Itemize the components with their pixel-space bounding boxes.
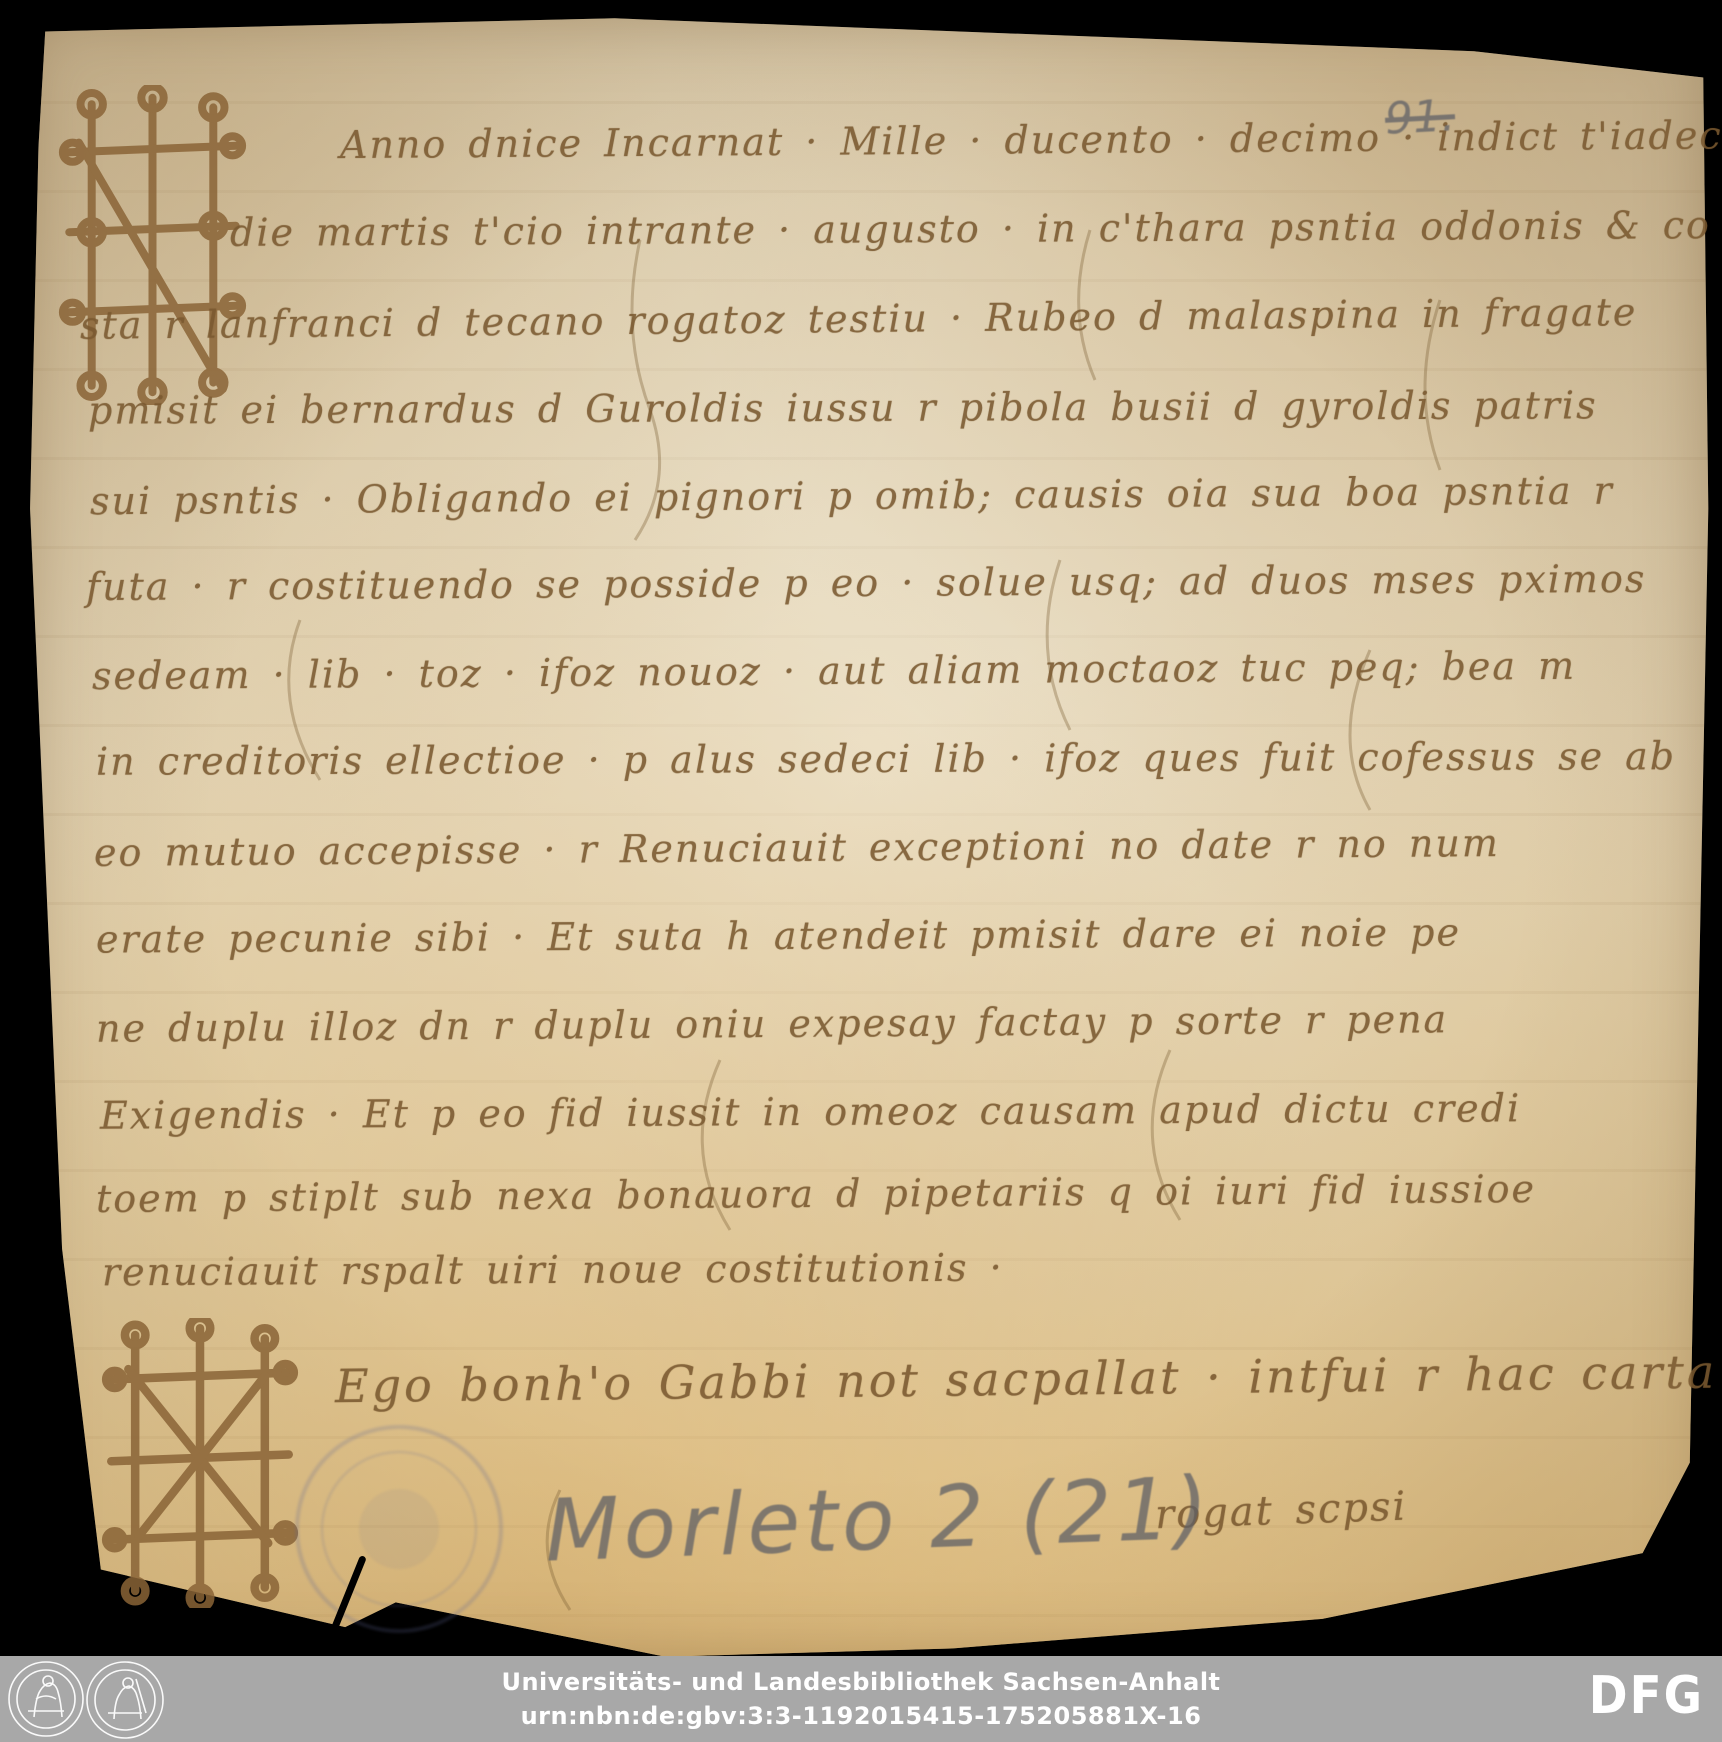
text-line: pmisit ei bernardus d Guroldis iussu r p… — [88, 383, 1598, 432]
text-line: futa · r costituendo se posside p eo · s… — [86, 557, 1647, 609]
text-line: in creditoris ellectioe · p alus sedeci … — [96, 734, 1676, 784]
text-line: renuciauit rspalt uiri noue costitutioni… — [102, 1246, 1004, 1295]
dfg-logo: DFG — [1589, 1666, 1704, 1726]
text-line: Exigendis · Et p eo fid iussit in omeoz … — [100, 1086, 1521, 1137]
text-line: die martis t'cio intrante · augusto · in… — [230, 203, 1711, 255]
pencil-note-top-right: 91. — [1384, 90, 1457, 145]
footer-attribution: Universitäts- und Landesbibliothek Sachs… — [0, 1656, 1722, 1742]
library-name: Universitäts- und Landesbibliothek Sachs… — [501, 1668, 1220, 1696]
text-line: erate pecunie sibi · Et suta h atendeit … — [96, 910, 1461, 961]
urn-identifier: urn:nbn:de:gbv:3:3-1192015415-175205881X… — [521, 1702, 1202, 1730]
footer-bar: Universitäts- und Landesbibliothek Sachs… — [0, 1656, 1722, 1742]
